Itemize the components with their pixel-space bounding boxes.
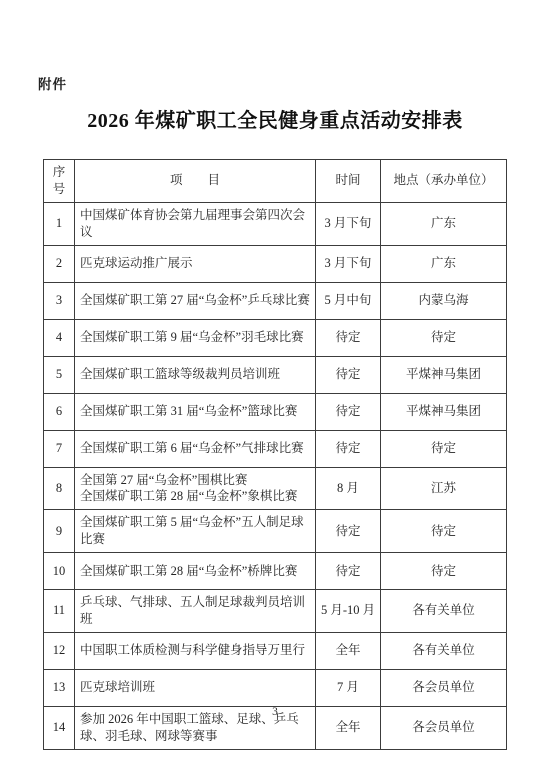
cell-location: 广东 [381,245,507,282]
cell-no: 11 [44,590,75,633]
table-row: 7全国煤矿职工第 6 届“乌金杯”气排球比赛待定待定 [44,430,507,467]
cell-no: 10 [44,553,75,590]
cell-no: 5 [44,356,75,393]
attachment-label: 附件 [38,73,550,93]
cell-no: 4 [44,319,75,356]
table-row: 5全国煤矿职工篮球等级裁判员培训班待定平煤神马集团 [44,356,507,393]
cell-no: 9 [44,510,75,553]
table-row: 3全国煤矿职工第 27 届“乌金杯”乒乓球比赛5 月中旬内蒙乌海 [44,282,507,319]
cell-time: 3 月下旬 [316,202,381,245]
cell-time: 全年 [316,632,381,669]
table-row: 8全国第 27 届“乌金杯”围棋比赛 全国煤矿职工第 28 届“乌金杯”象棋比赛… [44,467,507,510]
table-body: 1中国煤矿体育协会第九届理事会第四次会议3 月下旬广东2匹克球运动推广展示3 月… [44,202,507,749]
cell-time: 待定 [316,510,381,553]
cell-location: 各有关单位 [381,590,507,633]
cell-project: 全国煤矿职工第 9 届“乌金杯”羽毛球比赛 [75,319,316,356]
cell-no: 8 [44,467,75,510]
cell-no: 3 [44,282,75,319]
cell-location: 平煤神马集团 [381,393,507,430]
header-row: 序号 项 目 时间 地点（承办单位） [44,160,507,203]
cell-location: 广东 [381,202,507,245]
cell-time: 待定 [316,430,381,467]
cell-time: 5 月中旬 [316,282,381,319]
cell-time: 待定 [316,393,381,430]
cell-location: 各会员单位 [381,669,507,706]
cell-time: 5 月-10 月 [316,590,381,633]
cell-location: 待定 [381,510,507,553]
table-row: 6全国煤矿职工第 31 届“乌金杯”篮球比赛待定平煤神马集团 [44,393,507,430]
cell-project: 匹克球培训班 [75,669,316,706]
cell-no: 6 [44,393,75,430]
cell-location: 平煤神马集团 [381,356,507,393]
table-row: 10全国煤矿职工第 28 届“乌金杯”桥牌比赛待定待定 [44,553,507,590]
cell-project: 全国煤矿职工第 6 届“乌金杯”气排球比赛 [75,430,316,467]
cell-time: 8 月 [316,467,381,510]
document-page: 附件 2026 年煤矿职工全民健身重点活动安排表 序号 项 目 时间 地点（承办… [0,0,550,772]
activities-table: 序号 项 目 时间 地点（承办单位） 1中国煤矿体育协会第九届理事会第四次会议3… [43,159,507,750]
cell-project: 匹克球运动推广展示 [75,245,316,282]
table-row: 9全国煤矿职工第 5 届“乌金杯”五人制足球比赛待定待定 [44,510,507,553]
cell-time: 3 月下旬 [316,245,381,282]
cell-no: 1 [44,202,75,245]
cell-location: 待定 [381,430,507,467]
table-row: 12中国职工体质检测与科学健身指导万里行全年各有关单位 [44,632,507,669]
cell-location: 各有关单位 [381,632,507,669]
table-row: 1中国煤矿体育协会第九届理事会第四次会议3 月下旬广东 [44,202,507,245]
cell-no: 2 [44,245,75,282]
cell-location: 内蒙乌海 [381,282,507,319]
cell-project: 全国煤矿职工第 28 届“乌金杯”桥牌比赛 [75,553,316,590]
cell-project: 全国煤矿职工篮球等级裁判员培训班 [75,356,316,393]
cell-project: 全国煤矿职工第 31 届“乌金杯”篮球比赛 [75,393,316,430]
cell-no: 13 [44,669,75,706]
cell-time: 7 月 [316,669,381,706]
cell-project: 全国煤矿职工第 5 届“乌金杯”五人制足球比赛 [75,510,316,553]
cell-no: 7 [44,430,75,467]
cell-project: 全国第 27 届“乌金杯”围棋比赛 全国煤矿职工第 28 届“乌金杯”象棋比赛 [75,467,316,510]
cell-project: 全国煤矿职工第 27 届“乌金杯”乒乓球比赛 [75,282,316,319]
column-header-location: 地点（承办单位） [381,160,507,203]
table-row: 4全国煤矿职工第 9 届“乌金杯”羽毛球比赛待定待定 [44,319,507,356]
cell-time: 待定 [316,356,381,393]
page-title: 2026 年煤矿职工全民健身重点活动安排表 [0,104,550,133]
page-number: 3 [0,706,550,718]
table-row: 11乒乓球、气排球、五人制足球裁判员培训班5 月-10 月各有关单位 [44,590,507,633]
cell-location: 待定 [381,553,507,590]
table-header: 序号 项 目 时间 地点（承办单位） [44,160,507,203]
cell-project: 乒乓球、气排球、五人制足球裁判员培训班 [75,590,316,633]
cell-location: 待定 [381,319,507,356]
column-header-no: 序号 [44,160,75,203]
column-header-project: 项 目 [75,160,316,203]
cell-project: 中国职工体质检测与科学健身指导万里行 [75,632,316,669]
cell-time: 待定 [316,319,381,356]
table-row: 2匹克球运动推广展示3 月下旬广东 [44,245,507,282]
cell-time: 待定 [316,553,381,590]
cell-project: 中国煤矿体育协会第九届理事会第四次会议 [75,202,316,245]
table-row: 13匹克球培训班7 月各会员单位 [44,669,507,706]
cell-no: 12 [44,632,75,669]
column-header-time: 时间 [316,160,381,203]
cell-location: 江苏 [381,467,507,510]
